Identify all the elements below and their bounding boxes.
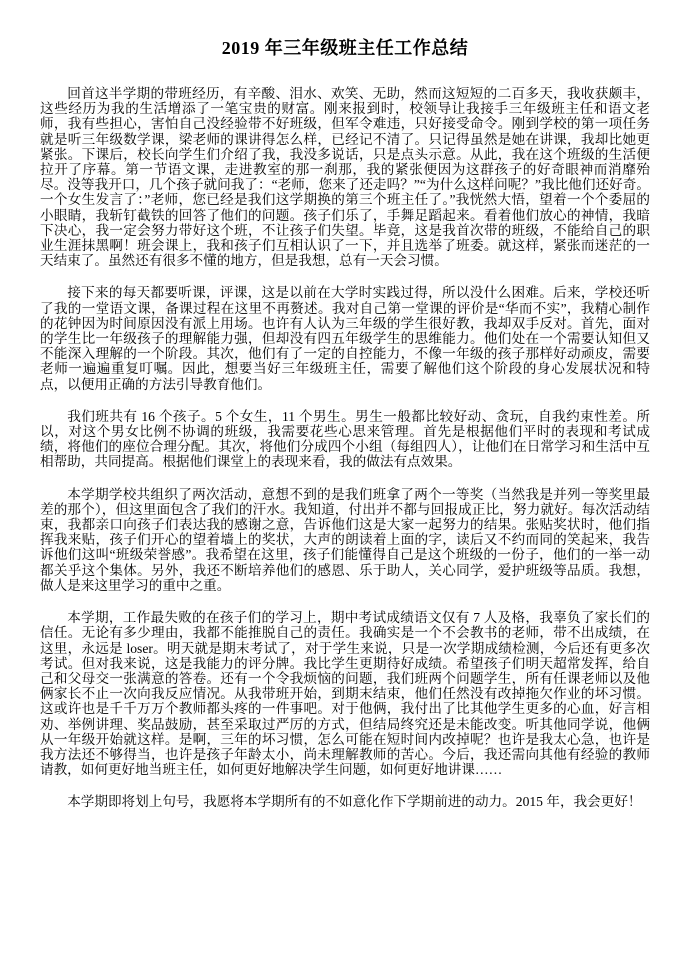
paragraph-teaching-reflection: 接下来的每天都要听课，评课，这是以前在大学时实践过得，所以没什么困难。后来，学校… — [40, 285, 650, 391]
paragraph-activities-awards: 本学期学校共组织了两次活动，意想不到的是我们班拿了两个一等奖（当然我是并列一等奖… — [40, 487, 650, 593]
paragraph-exam-problems: 本学期，工作最失败的在孩子们的学习上，期中考试成绩语文仅有 7 人及格，我辜负了… — [40, 610, 650, 777]
paragraph-class-composition: 我们班共有 16 个孩子。5 个女生，11 个男生。男生一般都比较好动、贪玩，自… — [40, 409, 650, 470]
paragraph-intro: 回首这半学期的带班经历，有辛酸、泪水、欢笑、无助，然而这短短的二百多天，我收获颇… — [40, 86, 650, 268]
paragraph-closing: 本学期即将划上句号，我愿将本学期所有的不如意化作下学期前进的动力。2015 年，… — [40, 794, 650, 809]
document-page: 2019 年三年级班主任工作总结 回首这半学期的带班经历，有辛酸、泪水、欢笑、无… — [0, 0, 690, 976]
document-title: 2019 年三年级班主任工作总结 — [40, 36, 650, 60]
